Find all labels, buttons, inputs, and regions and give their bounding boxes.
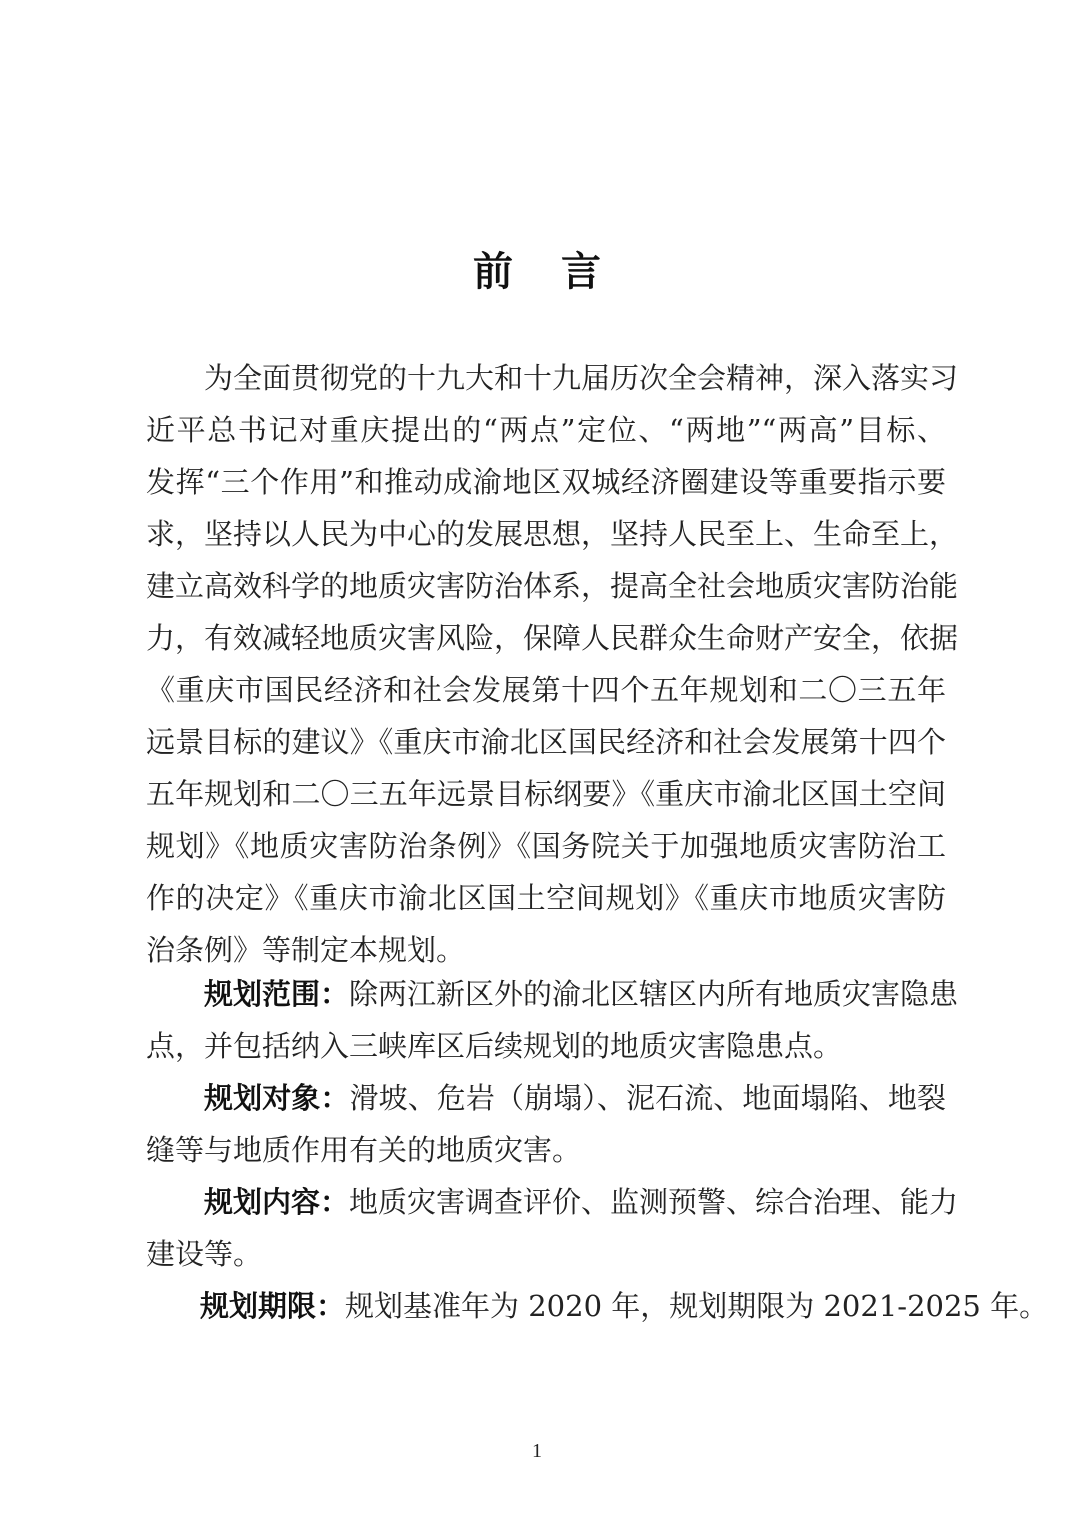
paragraph-line: 近平总书记对重庆提出的“两点”定位、“两地”“两高”目标、: [146, 412, 946, 448]
section-text: 规划基准年为 2020 年，规划期限为 2021-2025 年。: [345, 1289, 1048, 1323]
paragraph-line: 发挥“三个作用”和推动成渝地区双城经济圈建设等重要指示要: [146, 464, 946, 500]
section-label: 规划对象：: [204, 1081, 350, 1115]
section-text: 除两江新区外的渝北区辖区内所有地质灾害隐患: [349, 977, 958, 1011]
page-number: 1: [0, 1440, 1074, 1463]
page-title: 前言: [0, 240, 1074, 297]
paragraph-line: 五年规划和二〇三五年远景目标纲要》《重庆市渝北区国土空间: [146, 776, 946, 812]
paragraph-line: 为全面贯彻党的十九大和十九届历次全会精神，深入落实习: [204, 360, 946, 396]
section-line: 建设等。: [146, 1236, 946, 1272]
paragraph-line: 治条例》等制定本规划。: [146, 932, 946, 968]
section-first-line: 规划期限：规划基准年为 2020 年，规划期限为 2021-2025 年。: [200, 1288, 942, 1324]
paragraph-line: 力，有效减轻地质灾害风险，保障人民群众生命财产安全，依据: [146, 620, 946, 656]
paragraph-line: 建立高效科学的地质灾害防治体系，提高全社会地质灾害防治能: [146, 568, 946, 604]
paragraph-line: 作的决定》《重庆市渝北区国土空间规划》《重庆市地质灾害防: [146, 880, 946, 916]
paragraph-line: 求，坚持以人民为中心的发展思想，坚持人民至上、生命至上，: [146, 516, 946, 552]
section-first-line: 规划内容：地质灾害调查评价、监测预警、综合治理、能力: [204, 1184, 946, 1220]
section-first-line: 规划范围：除两江新区外的渝北区辖区内所有地质灾害隐患: [204, 976, 946, 1012]
section-label: 规划内容：: [204, 1185, 349, 1219]
paragraph-line: 《重庆市国民经济和社会发展第十四个五年规划和二〇三五年: [146, 672, 946, 708]
section-text: 滑坡、危岩（崩塌）、泥石流、地面塌陷、地裂: [350, 1081, 946, 1115]
paragraph-line: 远景目标的建议》《重庆市渝北区国民经济和社会发展第十四个: [146, 724, 946, 760]
section-text: 地质灾害调查评价、监测预警、综合治理、能力: [349, 1185, 958, 1219]
section-line: 点，并包括纳入三峡库区后续规划的地质灾害隐患点。: [146, 1028, 946, 1064]
section-line: 缝等与地质作用有关的地质灾害。: [146, 1132, 946, 1168]
paragraph-line: 规划》《地质灾害防治条例》《国务院关于加强地质灾害防治工: [146, 828, 946, 864]
section-first-line: 规划对象：滑坡、危岩（崩塌）、泥石流、地面塌陷、地裂: [204, 1080, 946, 1116]
section-label: 规划范围：: [204, 977, 349, 1011]
section-label: 规划期限：: [200, 1289, 345, 1323]
